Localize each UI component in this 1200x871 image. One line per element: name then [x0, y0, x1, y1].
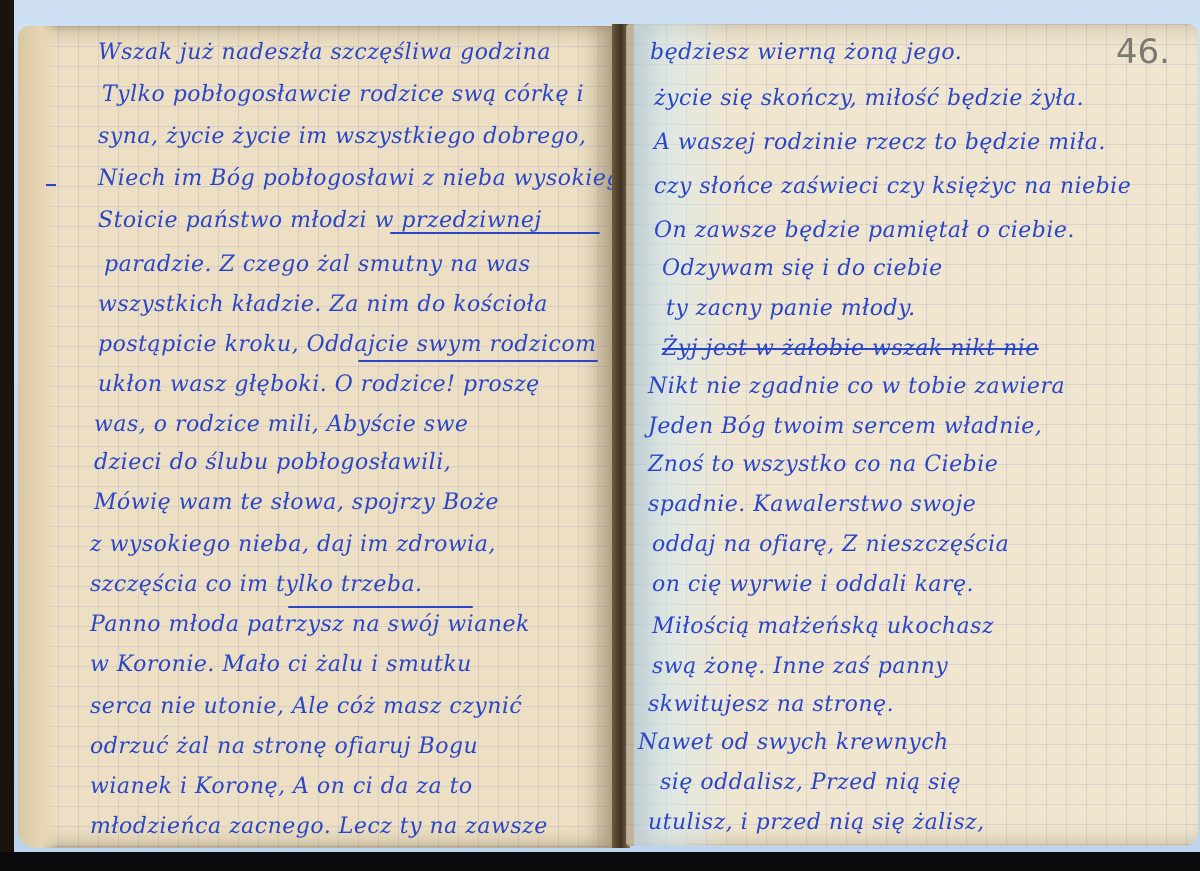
text-line: odrzuć żal na stronę ofiaruj Bogu [90, 734, 478, 759]
text-line: skwitujesz na stronę. [648, 692, 894, 717]
text-line: młodzieńca zacnego. Lecz ty na zawsze [90, 814, 548, 839]
right-page-text: będziesz wierną żoną jego. życie się sko… [626, 24, 1198, 846]
text-line: on cię wyrwie i oddali karę. [652, 572, 974, 597]
text-line: utulisz, i przed nią się żalisz, [648, 810, 985, 835]
scanner-edge-bottom [0, 852, 1200, 871]
text-line: was, o rodzice mili, Abyście swe [94, 412, 468, 437]
text-line: Wszak już nadeszła szczęśliwa godzina [98, 40, 551, 65]
scanner-edge [0, 0, 14, 871]
left-page-text: Wszak już nadeszła szczęśliwa godzina Ty… [18, 26, 618, 848]
text-line: On zawsze będzie pamiętał o ciebie. [654, 218, 1075, 243]
ink-underline [390, 232, 600, 234]
text-line: Nikt nie zgadnie co w tobie zawiera [648, 374, 1065, 399]
text-line: będziesz wierną żoną jego. [650, 40, 962, 65]
text-line: szczęścia co im tylko trzeba. [90, 572, 423, 597]
right-page: 46. będziesz wierną żoną jego. życie się… [626, 24, 1198, 846]
text-line: Niech im Bóg pobłogosławi z nieba wysoki… [98, 166, 635, 191]
text-line: Jeden Bóg twoim sercem władnie, [648, 414, 1042, 439]
text-line: A waszej rodzinie rzecz to będzie miła. [654, 130, 1106, 155]
ink-underline [358, 360, 598, 362]
text-line: swą żonę. Inne zaś panny [652, 654, 948, 679]
text-line: serca nie utonie, Ale cóż masz czynić [90, 694, 522, 719]
text-line: oddaj na ofiarę, Z nieszczęścia [652, 532, 1009, 557]
text-line: Stoicie państwo młodzi w przedziwnej [98, 208, 542, 233]
text-line: paradzie. Z czego żal smutny na was [104, 252, 531, 277]
text-line: Tylko pobłogosławcie rodzice swą córkę i [102, 82, 584, 107]
text-line: syna, życie życie im wszystkiego dobrego… [98, 124, 586, 149]
text-line: życie się skończy, miłość będzie żyła. [654, 86, 1084, 111]
text-line: Nawet od swych krewnych [638, 730, 949, 755]
text-line: z wysokiego nieba, daj im zdrowia, [90, 532, 496, 557]
text-line: wszystkich kładzie. Za nim do kościoła [98, 292, 548, 317]
ink-underline [288, 606, 473, 608]
text-line: ty zacny panie młody. [666, 296, 916, 321]
text-line: ukłon wasz głęboki. O rodzice! proszę [98, 372, 540, 397]
text-line: spadnie. Kawalerstwo swoje [648, 492, 976, 517]
text-line: czy słońce zaświeci czy księżyc na niebi… [654, 174, 1131, 199]
text-line: w Koronie. Mało ci żalu i smutku [90, 652, 472, 677]
text-line: Panno młoda patrzysz na swój wianek [90, 612, 530, 637]
struck-text-line: Żyj jest w żałobie wszak nikt nie [662, 336, 1039, 361]
left-page: Wszak już nadeszła szczęśliwa godzina Ty… [18, 26, 618, 848]
text-line: Znoś to wszystko co na Ciebie [648, 452, 998, 477]
text-line: się oddalisz, Przed nią się [660, 770, 961, 795]
text-line: Mówię wam te słowa, spojrzy Boże [94, 490, 499, 515]
text-line: postąpicie kroku, Oddajcie swym rodzicom [98, 332, 596, 357]
text-line: Miłością małżeńską ukochasz [652, 614, 994, 639]
text-line: dzieci do ślubu pobłogosławili, [94, 450, 451, 475]
text-line: wianek i Koronę, A on ci da za to [90, 774, 473, 799]
text-line: Odzywam się i do ciebie [662, 256, 943, 281]
